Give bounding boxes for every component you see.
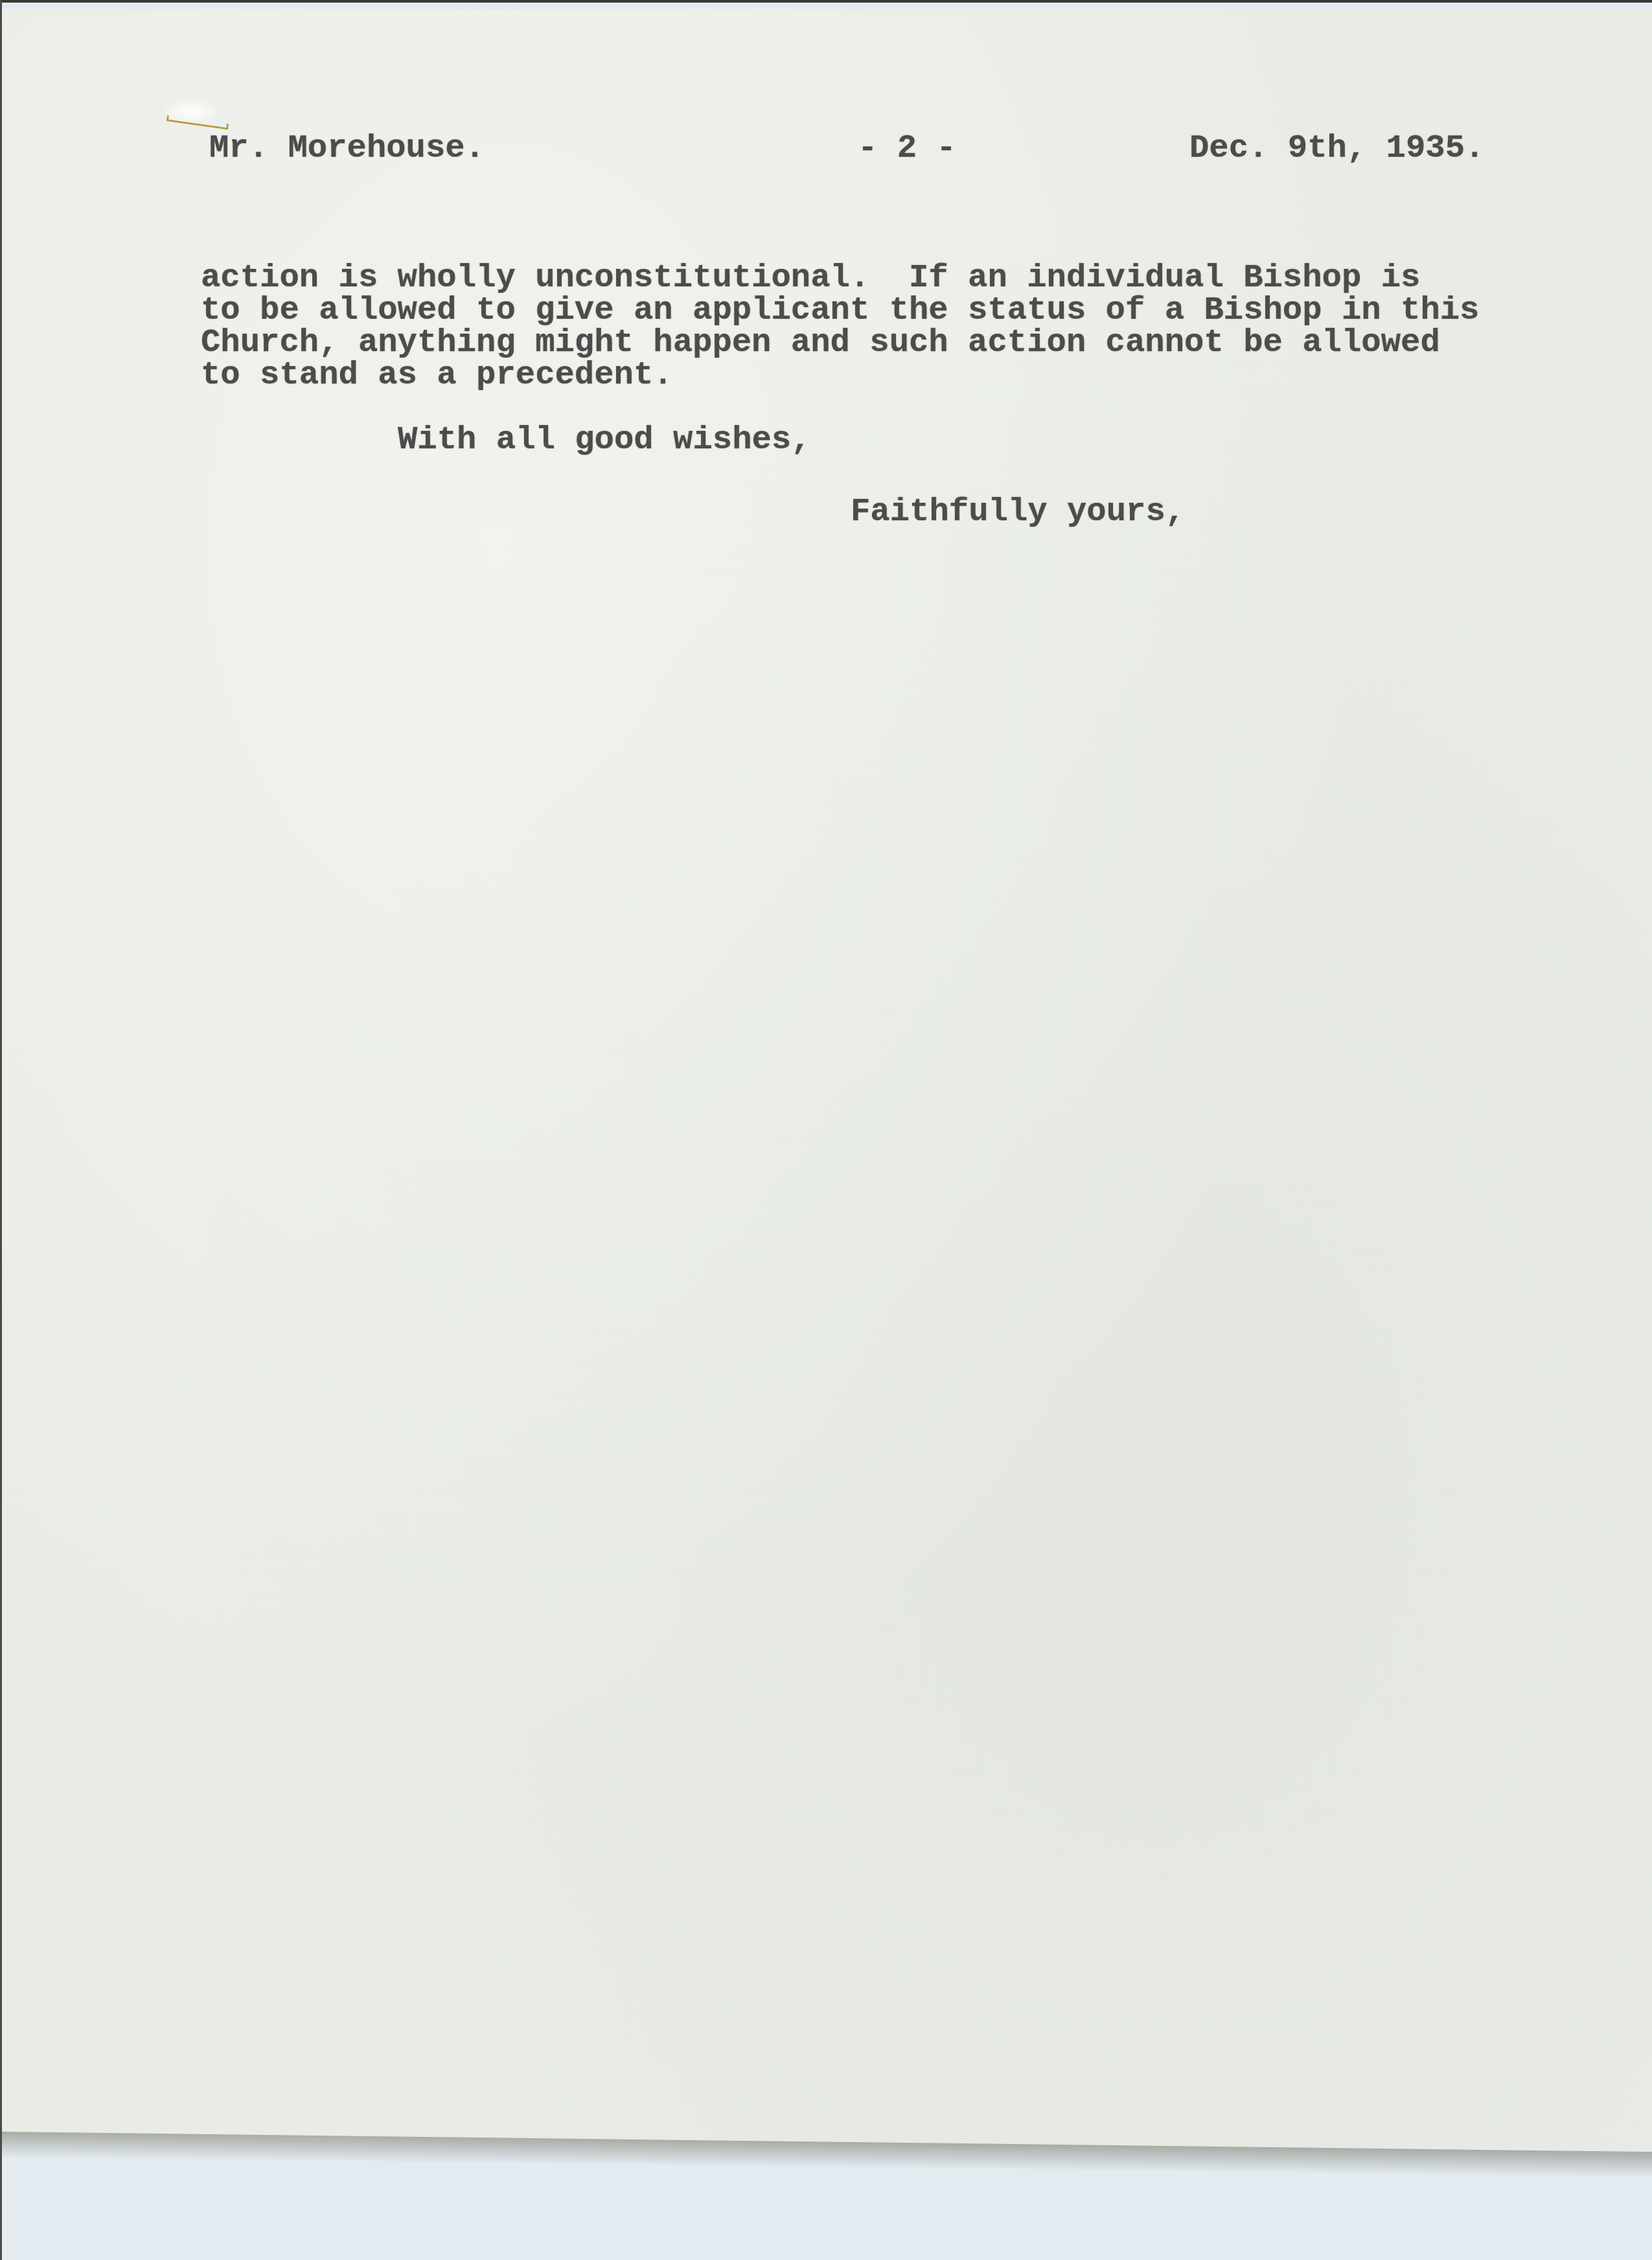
body-line: Church, anything might happen and such a… [201,327,1440,360]
signoff-line: Faithfully yours, [851,496,1185,529]
body-line: action is wholly unconstitutional. If an… [201,262,1420,295]
header-recipient: Mr. Morehouse. [209,133,485,166]
scanner-edge-left [0,0,2,2260]
letter-date: Dec. 9th, 1935. [1189,133,1484,166]
closing-line: With all good wishes, [398,424,811,457]
body-line: to be allowed to give an applicant the s… [201,295,1479,328]
body-line: to stand as a precedent. [201,360,673,393]
page-number: - 2 - [858,133,956,166]
scanner-edge-top [0,0,1652,3]
